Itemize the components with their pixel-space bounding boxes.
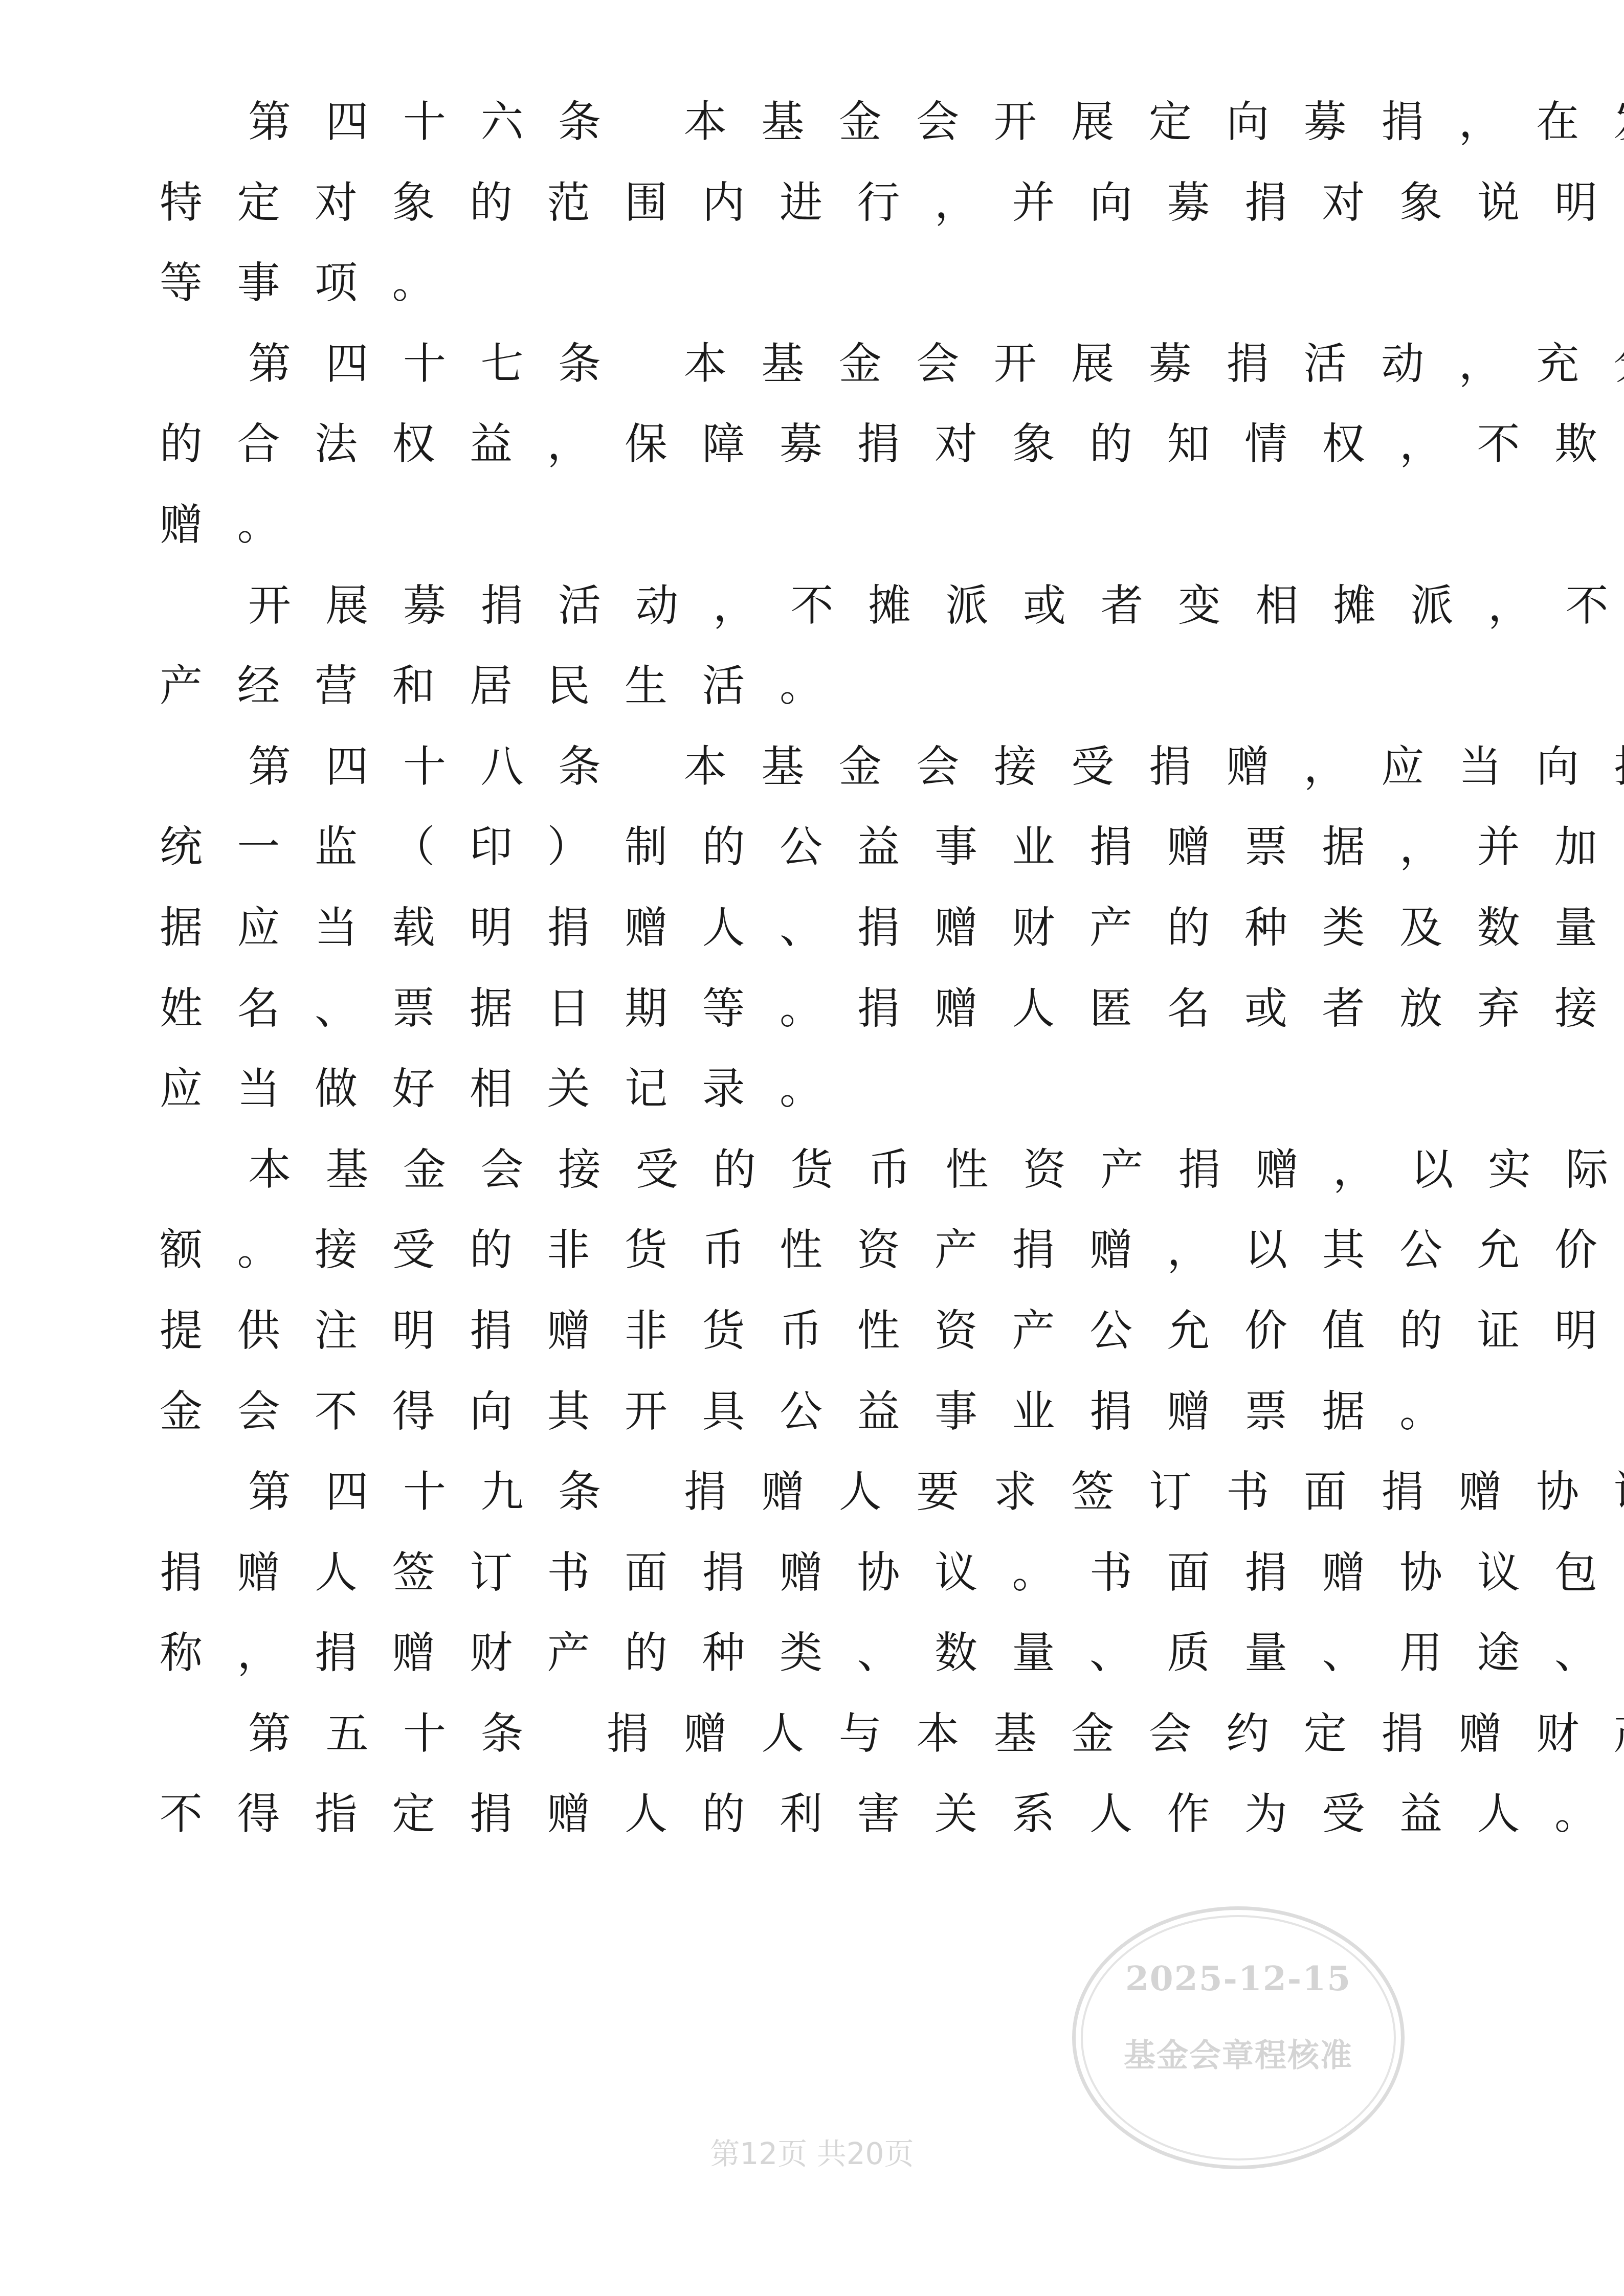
- text-line: 第四十八条 本基金会接受捐赠，应当向捐赠人开具由财政部门: [160, 727, 1489, 807]
- text-line: 姓名、票据日期等。捐赠人匿名或者放弃接受捐赠票据的，本基金会: [160, 969, 1489, 1049]
- text-line: 开展募捐活动，不摊派或者变相摊派，不妨碍公共秩序、企业生: [160, 566, 1489, 646]
- text-line: 第四十九条 捐赠人要求签订书面捐赠协议的，本基金会应当与: [160, 1452, 1489, 1533]
- text-line: 金会不得向其开具公益事业捐赠票据。: [160, 1371, 1489, 1452]
- text-line: 提供注明捐赠非货币性资产公允价值的证明；不能提供证明的，本基: [160, 1291, 1489, 1371]
- text-line: 产经营和居民生活。: [160, 646, 1489, 727]
- text-line: 本基金会接受的货币性资产捐赠，以实际收到的金额确认捐赠: [160, 1130, 1489, 1210]
- text-line: 不得指定捐赠人的利害关系人作为受益人。: [160, 1774, 1489, 1855]
- text-line: 第五十条 捐赠人与本基金会约定捐赠财产的用途和受益人时，: [160, 1694, 1489, 1774]
- text-line: 据应当载明捐赠人、捐赠财产的种类及数量、本基金会名称和经办人: [160, 888, 1489, 969]
- stamp-label: 基金会章程核准: [1076, 2030, 1401, 2076]
- text-line: 额。接受的非货币性资产捐赠，以其公允价值确认捐赠额。捐赠方应: [160, 1210, 1489, 1291]
- text-line: 的合法权益，保障募捐对象的知情权，不欺骗、诱导募捐对象实施捐: [160, 404, 1489, 485]
- page-number: 第12页 共20页: [0, 2130, 1624, 2173]
- text-line: 应当做好相关记录。: [160, 1049, 1489, 1130]
- text-line: 统一监（印）制的公益事业捐赠票据，并加盖基金会的印章。捐赠票: [160, 807, 1489, 888]
- text-line: 赠。: [160, 485, 1489, 566]
- document-body: 第四十六条 本基金会开展定向募捐，在发起人、理事会成员等 特定对象的范围内进行，…: [160, 82, 1489, 1855]
- text-line: 等事项。: [160, 243, 1489, 324]
- text-line: 第四十六条 本基金会开展定向募捐，在发起人、理事会成员等: [160, 82, 1489, 163]
- text-line: 特定对象的范围内进行，并向募捐对象说明募捐目的、募得款物用途: [160, 163, 1489, 243]
- stamp-date: 2025-12-15: [1076, 1959, 1401, 1998]
- text-line: 称，捐赠财产的种类、数量、质量、用途、交付时间等内容。: [160, 1613, 1489, 1694]
- text-line: 捐赠人签订书面捐赠协议。书面捐赠协议包括捐赠人和本基金会名: [160, 1533, 1489, 1613]
- document-page: 第四十六条 本基金会开展定向募捐，在发起人、理事会成员等 特定对象的范围内进行，…: [0, 0, 1624, 2296]
- text-line: 第四十七条 本基金会开展募捐活动，充分尊重和维护募捐对象: [160, 324, 1489, 404]
